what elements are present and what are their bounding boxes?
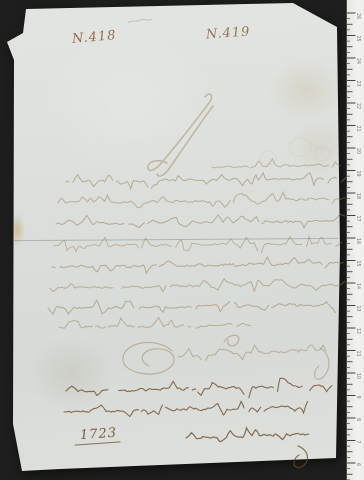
paper-edge-stain (9, 213, 25, 247)
svg-text:7: 7 (355, 441, 361, 444)
svg-text:13: 13 (355, 306, 361, 312)
svg-text:10: 10 (355, 373, 361, 379)
svg-text:16: 16 (355, 238, 361, 244)
svg-text:8: 8 (355, 418, 361, 421)
svg-text:19: 19 (355, 171, 361, 177)
svg-text:11: 11 (355, 351, 361, 357)
svg-text:26: 26 (355, 13, 361, 19)
photograph-of-manuscript: N.418 N.419 1723 26252423222120191817161… (0, 0, 364, 480)
svg-text:9: 9 (355, 396, 361, 399)
svg-text:6: 6 (355, 463, 361, 466)
paper-stain (28, 336, 114, 412)
svg-text:22: 22 (355, 103, 361, 109)
svg-text:17: 17 (355, 216, 361, 222)
svg-text:21: 21 (355, 126, 361, 132)
svg-text:24: 24 (355, 58, 361, 64)
paper-stain (288, 118, 350, 176)
paper-sheet-wrapper: N.418 N.419 1723 (0, 0, 364, 480)
svg-text:12: 12 (355, 328, 361, 334)
measurement-ruler: 26252423222120191817161514131211109876 (346, 0, 364, 480)
fold-crease-line (14, 238, 338, 241)
svg-text:18: 18 (355, 193, 361, 199)
year-annotation: 1723 (73, 425, 120, 445)
ruler-scale-ticks: 26252423222120191817161514131211109876 (347, 0, 364, 480)
svg-text:23: 23 (355, 81, 361, 87)
svg-text:15: 15 (355, 261, 361, 267)
svg-text:20: 20 (355, 148, 361, 154)
svg-text:25: 25 (355, 36, 361, 42)
archive-number-right: N.419 (206, 24, 251, 42)
manuscript-paper-sheet: N.418 N.419 1723 (0, 0, 364, 480)
archive-number-left: N.418 (71, 28, 117, 47)
svg-text:14: 14 (355, 283, 361, 289)
paper-light-sheen (40, 30, 220, 180)
paper-stain (268, 58, 344, 122)
